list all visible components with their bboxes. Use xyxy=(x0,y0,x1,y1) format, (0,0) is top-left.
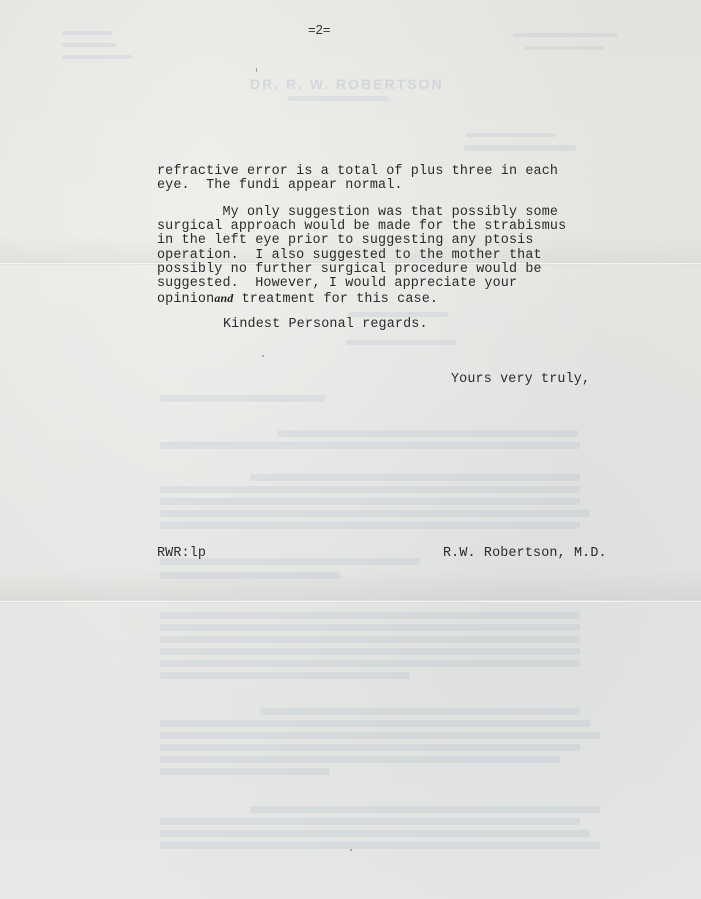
show-through-line xyxy=(160,498,580,505)
paper-speck xyxy=(350,849,352,851)
page-number: =2= xyxy=(308,22,330,37)
text-fragment: treatment for this case. xyxy=(233,292,438,307)
show-through-line xyxy=(288,96,388,101)
show-through-line xyxy=(250,474,580,481)
paper-fold-line xyxy=(0,600,701,603)
show-through-line xyxy=(160,660,580,667)
show-through-line xyxy=(160,720,590,727)
suggestion-paragraph: My only suggestion was that possibly som… xyxy=(157,206,566,307)
paper-speck xyxy=(256,68,257,72)
show-through-line xyxy=(62,55,132,59)
show-through-line xyxy=(260,708,580,715)
text-line: possibly no further surgical procedure w… xyxy=(157,263,566,277)
letter-page: DR. R. W. ROBERTSON =2= refractive error… xyxy=(0,0,701,899)
handwritten-insertion: and xyxy=(214,291,233,305)
show-through-letterhead: DR. R. W. ROBERTSON xyxy=(250,76,444,92)
show-through-line xyxy=(160,732,600,739)
text-line: My only suggestion was that possibly som… xyxy=(157,206,566,220)
paper-speck xyxy=(262,355,264,357)
show-through-line xyxy=(250,806,600,813)
show-through-line xyxy=(160,744,580,751)
show-through-line xyxy=(160,624,580,631)
show-through-line xyxy=(346,340,456,345)
text-line: in the left eye prior to suggesting any … xyxy=(157,234,566,248)
show-through-line xyxy=(160,510,590,517)
show-through-line xyxy=(525,46,605,50)
text-line: opinionand treatment for this case. xyxy=(157,291,566,307)
show-through-line xyxy=(160,818,580,825)
show-through-line xyxy=(160,648,580,655)
typist-initials: RWR:lp xyxy=(157,547,206,561)
show-through-line xyxy=(160,522,580,529)
text-line: eye. The fundi appear normal. xyxy=(157,179,558,193)
signature-name: R.W. Robertson, M.D. xyxy=(443,547,607,561)
show-through-line xyxy=(62,31,112,35)
show-through-line xyxy=(160,572,340,579)
text-line: suggested. However, I would appreciate y… xyxy=(157,277,566,291)
text-line: refractive error is a total of plus thre… xyxy=(157,165,558,179)
show-through-line xyxy=(160,612,580,619)
show-through-line xyxy=(160,442,580,449)
show-through-line xyxy=(160,395,325,402)
show-through-line xyxy=(160,756,560,763)
show-through-line xyxy=(160,486,580,493)
text-fragment: opinion xyxy=(157,292,214,307)
text-line: surgical approach would be made for the … xyxy=(157,220,566,234)
show-through-line xyxy=(160,842,600,849)
continuation-paragraph: refractive error is a total of plus thre… xyxy=(157,165,558,193)
show-through-line xyxy=(160,768,330,775)
text-line: operation. I also suggested to the mothe… xyxy=(157,249,566,263)
show-through-line xyxy=(464,145,576,151)
show-through-line xyxy=(513,33,618,37)
fold-shadow xyxy=(0,570,701,600)
show-through-line xyxy=(466,133,556,137)
show-through-line xyxy=(160,636,580,643)
show-through-line xyxy=(62,43,117,47)
closing-line: Yours very truly, xyxy=(451,373,590,387)
regards-line: Kindest Personal regards. xyxy=(223,318,428,332)
show-through-line xyxy=(278,430,578,437)
show-through-line xyxy=(160,830,590,837)
show-through-line xyxy=(160,672,410,679)
